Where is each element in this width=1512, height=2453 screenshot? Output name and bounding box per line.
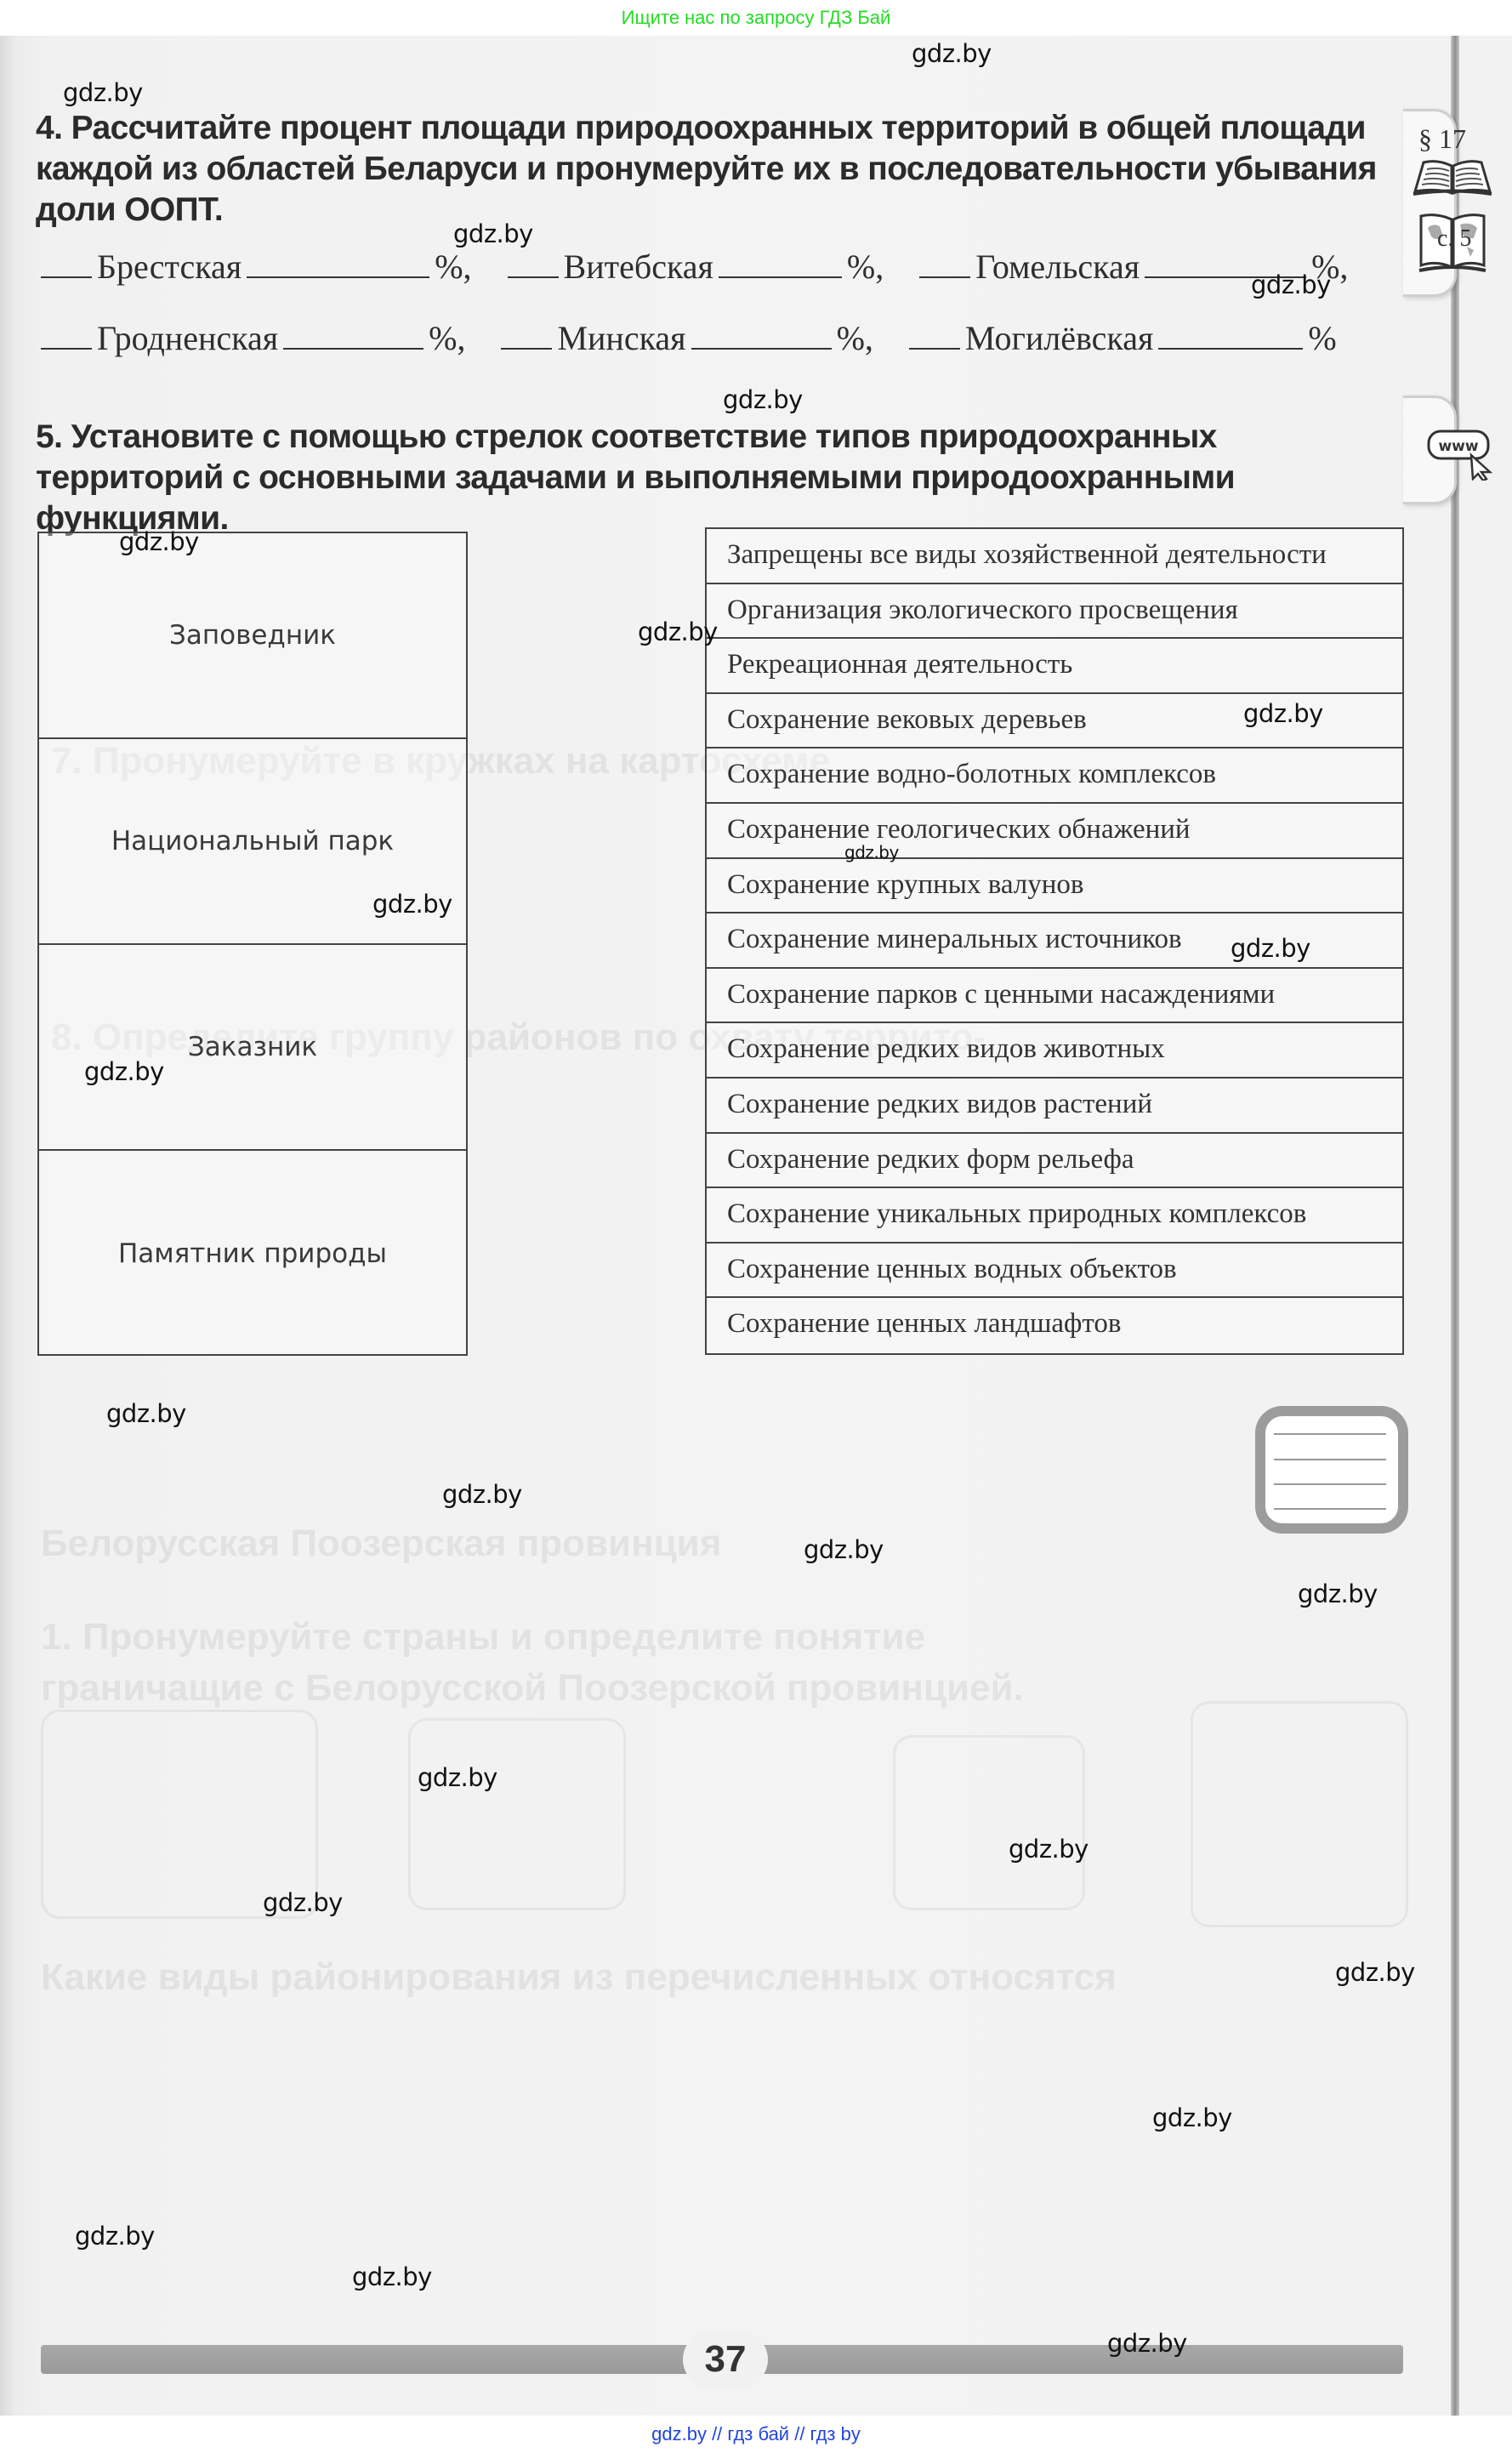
function-item[interactable]: Сохранение водно-болотных комплексов [707, 748, 1402, 804]
region-name-brest: Брестская [97, 248, 242, 286]
rank-field-minsk[interactable] [501, 322, 552, 350]
percent-field-mogilev[interactable] [1158, 322, 1303, 350]
section-label: § 17 [1418, 123, 1466, 155]
watermark: gdz.by [912, 39, 992, 68]
watermark: gdz.by [352, 2262, 432, 2291]
top-search-banner: Ищите нас по запросу ГДЗ Бай [0, 0, 1512, 36]
watermark: gdz.by [638, 618, 718, 646]
bleed-through-box [1191, 1701, 1408, 1927]
watermark: gdz.by [1107, 2329, 1187, 2358]
rank-field-brest[interactable] [41, 251, 92, 278]
percent-field-minsk[interactable] [691, 322, 832, 350]
task-5-prompt: 5. Установите с помощью стрелок соответс… [36, 417, 1405, 539]
region-name-grodno: Гродненская [97, 319, 278, 357]
task-4-text: Рассчитайте процент площади природоохран… [36, 110, 1377, 228]
watermark: gdz.by [1009, 1835, 1089, 1864]
watermark: gdz.by [372, 890, 452, 919]
region-name-mogilev: Могилёвская [965, 319, 1153, 357]
region-name-gomel: Гомельская [975, 248, 1140, 286]
region-row-2: Гродненская%,Минская%,Могилёвская% [36, 318, 1337, 358]
percent-field-vitebsk[interactable] [719, 251, 842, 278]
function-item[interactable]: Запрещены все виды хозяйственной деятель… [707, 529, 1402, 584]
percent-sign: % [1308, 319, 1336, 357]
task-4-prompt: 4. Рассчитайте процент площади природоох… [36, 108, 1405, 231]
watermark: gdz.by [1152, 2103, 1232, 2132]
rank-field-grodno[interactable] [41, 322, 92, 350]
function-item[interactable]: Сохранение редких видов животных [707, 1023, 1402, 1079]
bleed-through-text: граничащие с Белорусской Поозерской пров… [41, 1667, 1024, 1710]
region-name-vitebsk: Витебская [564, 248, 713, 286]
bleed-through-box [408, 1718, 626, 1910]
function-item[interactable]: Сохранение редких видов растений [707, 1079, 1402, 1134]
watermark: gdz.by [1335, 1958, 1415, 1987]
function-item[interactable]: Сохранение парков с ценными насаждениями [707, 969, 1402, 1024]
territory-type-zapovednik[interactable]: Заповедник [39, 533, 466, 739]
function-item[interactable]: Сохранение ценных ландшафтов [707, 1298, 1402, 1353]
percent-sign: %, [429, 319, 465, 357]
task-5-number: 5. [36, 418, 62, 455]
watermark: gdz.by [263, 1888, 343, 1917]
task-5-text: Установите с помощью стрелок соответстви… [36, 418, 1235, 537]
watermark: gdz.by [1298, 1579, 1378, 1608]
watermark: gdz.by [418, 1763, 497, 1792]
territory-type-nature-monument[interactable]: Памятник природы [39, 1151, 466, 1357]
region-row-1: Брестская%,Витебская%,Гомельская%, [36, 247, 1348, 287]
watermark: gdz.by [453, 219, 533, 248]
rank-field-vitebsk[interactable] [508, 251, 559, 278]
watermark: gdz.by [106, 1399, 186, 1428]
watermark: gdz.by [844, 842, 899, 862]
watermark: gdz.by [63, 78, 143, 107]
function-item[interactable]: Организация экологического просвещения [707, 584, 1402, 640]
territory-types-table: Заповедник Национальный парк Заказник Па… [37, 532, 468, 1356]
page-number: 37 [683, 2331, 768, 2388]
percent-field-brest[interactable] [247, 251, 429, 278]
www-cursor-icon[interactable]: www [1427, 430, 1495, 485]
function-item[interactable]: Сохранение геологических обнажений [707, 804, 1402, 859]
watermark: gdz.by [119, 527, 199, 556]
function-item[interactable]: Рекреационная деятельность [707, 639, 1402, 694]
page-binding-edge [1451, 36, 1459, 2416]
watermark: gdz.by [75, 2222, 155, 2251]
rank-field-gomel[interactable] [919, 251, 970, 278]
watermark: gdz.by [84, 1057, 164, 1086]
watermark: gdz.by [804, 1535, 884, 1564]
function-item[interactable]: Сохранение ценных водных объектов [707, 1244, 1402, 1299]
watermark: gdz.by [1231, 934, 1310, 963]
watermark: gdz.by [1243, 699, 1323, 728]
watermark: gdz.by [723, 385, 803, 414]
rank-field-mogilev[interactable] [909, 322, 960, 350]
percent-sign: %, [837, 319, 873, 357]
bleed-through-text: 1. Пронумеруйте страны и определите поня… [41, 1616, 925, 1659]
percent-sign: %, [435, 248, 471, 286]
bleed-through-text: Какие виды районирования из перечисленны… [41, 1956, 1117, 1999]
function-item[interactable]: Сохранение уникальных природных комплекс… [707, 1188, 1402, 1244]
atlas-page-label: с. 5 [1437, 225, 1471, 253]
task-4-number: 4. [36, 110, 62, 146]
bleed-through-box [893, 1735, 1085, 1910]
percent-field-grodno[interactable] [283, 322, 423, 350]
svg-text:www: www [1438, 438, 1478, 455]
watermark: gdz.by [442, 1480, 522, 1509]
function-item[interactable]: Сохранение крупных валунов [707, 859, 1402, 914]
function-item[interactable]: Сохранение редких форм рельефа [707, 1134, 1402, 1189]
bleed-through-text: Белорусская Поозерская провинция [41, 1522, 721, 1565]
notepad-icon [1255, 1406, 1408, 1538]
territory-type-zakaznik[interactable]: Заказник [39, 945, 466, 1151]
open-book-icon [1412, 157, 1493, 201]
watermark: gdz.by [1251, 270, 1331, 299]
bottom-links-banner[interactable]: gdz.by // гдз бай // гдз by [0, 2416, 1512, 2453]
region-name-minsk: Минская [557, 319, 685, 357]
percent-sign: %, [847, 248, 884, 286]
